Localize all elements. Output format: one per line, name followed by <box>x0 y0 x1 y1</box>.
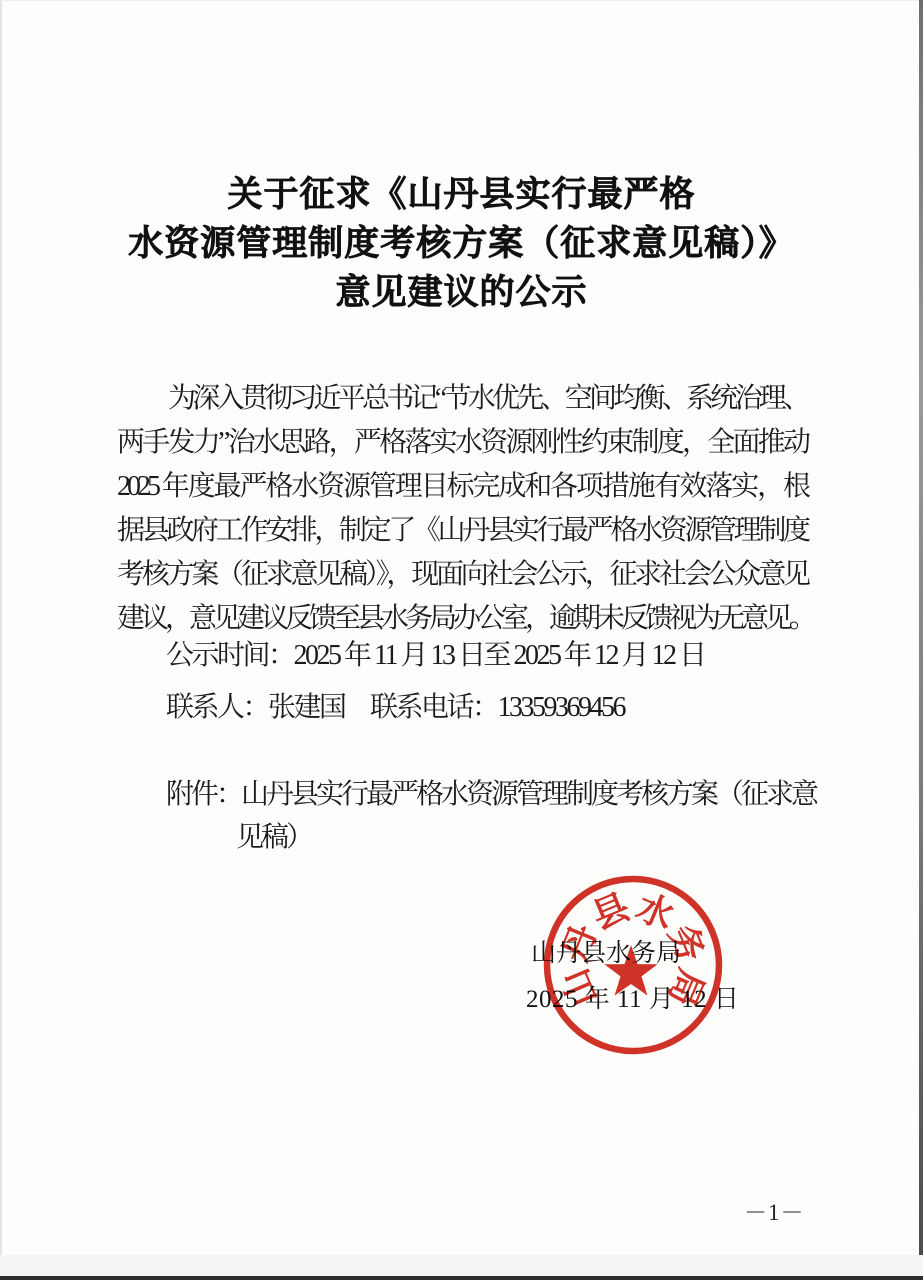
svg-text:局: 局 <box>660 963 712 1012</box>
document-title: 关于征求《山丹县实行最严格 水资源管理制度考核方案（征求意见稿）》 意见建议的公… <box>0 170 923 317</box>
svg-text:山: 山 <box>554 963 606 1012</box>
body-line: 为深入贯彻习近平总书记“节水优先、空间均衡、系统治理、 <box>117 377 807 421</box>
contact-info: 联系人：张建国 联系电话：13359369456 <box>166 693 624 723</box>
page-number: －1－ <box>744 1194 805 1227</box>
body-line: 两手发力”治水思路，严格落实水资源刚性约束制度，全面推动 <box>117 421 807 465</box>
seal-ring-text: 山丹县水务局 <box>554 886 713 1013</box>
scan-edge-bottom <box>0 1276 923 1280</box>
body-line: 考核方案（征求意见稿）》，现面向社会公示，征求社会公众意见 <box>117 553 807 597</box>
official-seal-stamp-icon: 山丹县水务局 <box>520 850 760 1090</box>
body-line: 据县政府工作安排，制定了《山丹县实行最严格水资源管理制度 <box>117 509 807 553</box>
body-line: 建议，意见建议反馈至县水务局办公室，逾期未反馈视为无意见。 <box>117 597 807 641</box>
seal-star-icon <box>604 945 657 996</box>
title-line-1: 关于征求《山丹县实行最严格 <box>0 170 923 219</box>
notice-body: 为深入贯彻习近平总书记“节水优先、空间均衡、系统治理、 两手发力”治水思路，严格… <box>117 377 807 641</box>
attachment-line-1: 附件：山丹县实行最严格水资源管理制度考核方案（征求意 <box>166 780 816 810</box>
scan-edge-left <box>0 0 2 1280</box>
publicity-period: 公示时间：2025 年 11 月 13 日至 2025 年 12 月 12 日 <box>166 641 704 671</box>
scan-edge-right <box>919 0 923 1280</box>
scanned-notice-page: 关于征求《山丹县实行最严格 水资源管理制度考核方案（征求意见稿）》 意见建议的公… <box>0 0 923 1280</box>
scan-edge-top <box>0 0 923 1</box>
title-line-2: 水资源管理制度考核方案（征求意见稿）》 <box>0 219 923 268</box>
scan-edge-bottom-band <box>0 1255 923 1277</box>
attachment-line-2: 见稿） <box>236 823 311 853</box>
title-line-3: 意见建议的公示 <box>0 268 923 317</box>
body-line: 2025 年度最严格水资源管理目标完成和各项措施有效落实，根 <box>117 465 807 509</box>
